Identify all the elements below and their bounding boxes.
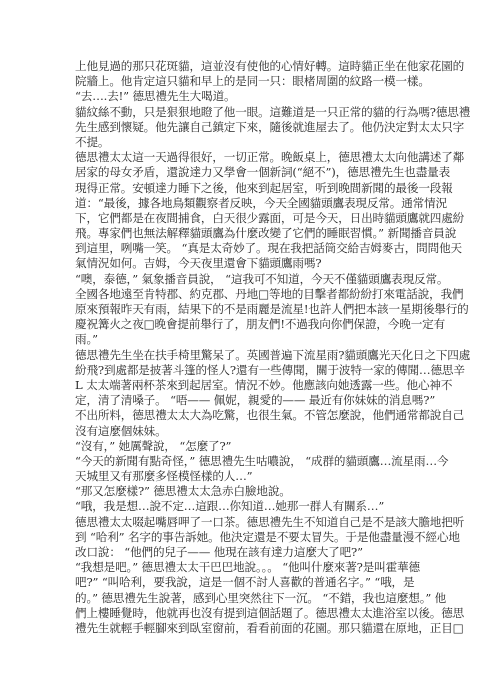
text-line: 下，它們都是在夜間捕食，白天很少露面，可是今天，日出時貓頭鷹就四處紛 xyxy=(75,211,425,226)
text-line: 原來預報昨天有雨，結果下的不是雨麗是流星!也許人們把本該一星期後舉行的 xyxy=(75,302,425,317)
text-line: “那又怎麼樣?” 德思禮太太急赤白臉地說。 xyxy=(75,484,425,499)
text-line: 不提。 xyxy=(75,135,425,150)
text-line: 慶祝篝火之夜□晚會提前舉行了，朋友們!不過我向你們保證，今晚一定有 xyxy=(75,317,425,332)
text-line: 雨。” xyxy=(75,332,425,347)
text-line: 不出所料，德思禮太太大為吃驚，也很生氣。不管怎麼說，他們通常都說自己 xyxy=(75,408,425,423)
text-line: 吧?” “叫哈利，要我說，這是一個不討人喜歡的普通名字。” “哦，是 xyxy=(75,575,425,590)
text-line: 道：“最後，據各地鳥類觀察者反映，今天全國貓頭鷹表現反常。通常情況 xyxy=(75,196,425,211)
text-line: 院牆上。他肯定這只貓和早上的是同一只：眼楮周圍的紋路一模一樣。 xyxy=(75,74,425,89)
text-line: 現得正常。安頓達力睡下之後，他來到起居室，听到晚間新聞的最後一段報 xyxy=(75,181,425,196)
text-line: 紛飛?到處都是披著斗篷的怪人?還有一些傳聞，關于波特一家的傳聞…德思辛 xyxy=(75,363,425,378)
text-line: 沒有這麼個妹妹。 xyxy=(75,424,425,439)
text-line: L 太太端著兩杯茶來到起居室。情況不妙。他應該向她透露一些。他心神不 xyxy=(75,378,425,393)
text-line: 氣情況如何。吉姆，今天夜里還會下貓頭鷹雨嗎? xyxy=(75,256,425,271)
text-line: 全國各地遠至肯特郡、約克郡、丹地□等地的目擊者都紛紛打來電話說，我們 xyxy=(75,287,425,302)
text-line: “沒有，” 她厲聲說， “怎麼了?” xyxy=(75,439,425,454)
text-line: 的。” 德思禮先生說著，感到心里突然往下一沉。 “不錯，我也這麼想。” 他 xyxy=(75,591,425,606)
text-line: “噢，泰德，” 氣象播音員說， “這我可不知道，今天不僅貓頭鷹表現反常。 xyxy=(75,272,425,287)
text-line: “我想是吧。” 德思禮太太干巴巴地說。。。 “他叫什麼來著?是叫霍華德 xyxy=(75,560,425,575)
document-page: 上他見過的那只花斑貓，這並沒有使他的心情好轉。這時貓正坐在他家花園的 院牆上。他… xyxy=(0,0,495,700)
text-line: “去….去!” 德思禮先生大喝道。 xyxy=(75,89,425,104)
text-line: “今天的新聞有點奇怪，” 德思禮先生咕噥說， “成群的貓頭鷹…流星雨…今 xyxy=(75,454,425,469)
text-line: 們上樓睡覺時，他就再也沒有提到這個話題了。德思禮太太進浴室以後。德思 xyxy=(75,606,425,621)
text-line: 到這里，咧嘴一笑。 “真是太奇妙了。現在我把話筒交給吉姆麥古，問問他天 xyxy=(75,241,425,256)
text-line: 德思禮太太這一天過得很好，一切正常。晚飯桌上，德思禮太太向他講述了鄰 xyxy=(75,150,425,165)
text-line: 天城里又有那麼多怪模怪樣的人…” xyxy=(75,469,425,484)
text-line: 飛。專家們也無法解釋貓頭鷹為什麼改變了它們的睡眠習慣。” 新聞播音員說 xyxy=(75,226,425,241)
text-line: 定，清了清嗓子。 “唔—— 佩妮，親愛的—— 最近有你妹妹的消息嗎?” xyxy=(75,393,425,408)
text-line: 先生感到懷疑。他先讓自己鎮定下來，隨後就進屋去了。他仍決定對太太只字 xyxy=(75,120,425,135)
text-line: 德思禮太太啜起嘴唇呷了一口茶。德思禮先生不知道自己是不是該大膽地把听 xyxy=(75,515,425,530)
text-line: 貓紋絲不動，只是狠狠地瞪了他一眼。這難道是一只正常的貓的行為嗎?德思禮 xyxy=(75,105,425,120)
text-line: 到 “哈利” 名字的事告訴她。他決定還是不要太冒失。于是他盡量漫不經心地 xyxy=(75,530,425,545)
text-line: “哦，我是想…說不定…這跟…你知道…她那一群人有關系…” xyxy=(75,499,425,514)
text-line: 德思禮先生坐在扶手椅里驚呆了。英國普遍下流星雨?貓頭鷹光天化日之下四處 xyxy=(75,348,425,363)
text-line: 上他見過的那只花斑貓，這並沒有使他的心情好轉。這時貓正坐在他家花園的 xyxy=(75,59,425,74)
text-line: 居家的母女矛盾，還說達力又學會一個新詞(“絕不”)，德思禮先生也盡量表 xyxy=(75,165,425,180)
text-line: 改口說： “他們的兒子—— 他現在該有達力這麼大了吧?” xyxy=(75,545,425,560)
text-line: 禮先生就輕手輕腳來到臥室窗前，看看前面的花園。那只貓還在原地，正目□ xyxy=(75,621,425,636)
document-body: 上他見過的那只花斑貓，這並沒有使他的心情好轉。這時貓正坐在他家花園的 院牆上。他… xyxy=(75,59,425,636)
